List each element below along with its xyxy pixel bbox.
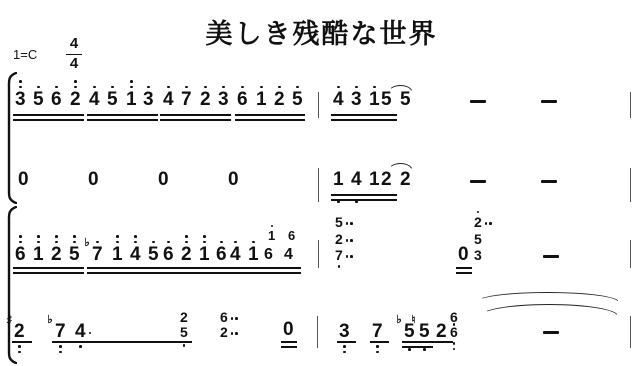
beam-line [160, 267, 229, 269]
barline [318, 92, 319, 118]
note-digit: 5 [107, 90, 118, 109]
octave-dot-below [453, 348, 456, 351]
octave-dot-above [55, 86, 58, 89]
duration-dot [346, 222, 349, 225]
octave-dot-above [260, 86, 263, 89]
note-digit: 3 [351, 90, 362, 109]
tie-arc [388, 85, 413, 93]
note-digit: 4 [333, 90, 344, 109]
duration-dot [346, 239, 349, 242]
note-digit: 2 [51, 245, 62, 264]
duration-dash [543, 331, 559, 334]
note-digit: 2 [474, 215, 482, 229]
octave-dot-below [18, 345, 21, 348]
octave-dot-above [111, 86, 114, 89]
octave-dot-above [167, 86, 170, 89]
octave-dot-above [74, 80, 77, 83]
octave-dot-above [37, 86, 40, 89]
octave-dot-above [271, 225, 274, 228]
note-digit: 6 [450, 325, 458, 339]
note-digit: 0 [18, 170, 29, 189]
octave-dot-below [18, 351, 21, 354]
octave-dot-above [185, 86, 188, 89]
barline [630, 316, 631, 348]
duration-dot [350, 239, 353, 242]
octave-dot-above [477, 211, 480, 214]
octave-dot-above [130, 86, 133, 89]
note-digit: 3 [218, 90, 229, 109]
octave-dot-above [167, 241, 170, 244]
note-digit: 2 [335, 232, 343, 246]
beam-line [281, 341, 297, 343]
octave-dot-above [234, 241, 237, 244]
duration-dot [489, 222, 492, 225]
note-digit: 1 [33, 245, 44, 264]
note-digit: 3 [143, 90, 154, 109]
note-digit: 5 [335, 215, 343, 229]
note-digit: 7 [55, 322, 66, 341]
octave-dot-above [55, 241, 58, 244]
beam-line [87, 267, 160, 269]
note-digit: 2 [181, 245, 192, 264]
accidental: ♮ [412, 315, 416, 326]
note-digit: 2 [200, 90, 211, 109]
note-digit: 7 [92, 245, 103, 264]
note-digit: 1 [199, 245, 210, 264]
note-digit: 5 [180, 325, 188, 339]
note-digit: 2 [220, 325, 228, 339]
octave-dot-above [19, 241, 22, 244]
note-digit: 1 [248, 245, 259, 264]
note-digit: 7 [372, 322, 383, 341]
note-digit: 5 [69, 245, 80, 264]
octave-dot-above [185, 241, 188, 244]
octave-dot-above [373, 86, 376, 89]
note-digit: 6 [288, 229, 295, 242]
octave-dot-above [220, 241, 223, 244]
octave-dot-above [134, 241, 137, 244]
page-title: 美しき残酷な世界 [0, 12, 643, 51]
octave-dot-above [203, 241, 206, 244]
octave-dot-above [19, 86, 22, 89]
duration-dash [470, 180, 486, 183]
note-digit: 5 [419, 322, 430, 341]
tie-arc [480, 304, 618, 316]
duration-dot [350, 255, 353, 258]
octave-dot-above [73, 241, 76, 244]
octave-dot-above [55, 235, 58, 238]
beam-line [52, 341, 192, 343]
octave-dot-below [453, 342, 456, 345]
octave-dot-above [19, 80, 22, 83]
note-digit: 5 [148, 245, 159, 264]
duration-dot [231, 332, 234, 335]
note-digit: 6 [51, 90, 62, 109]
note-digit: 6 [220, 310, 228, 324]
octave-dot-above [204, 86, 207, 89]
octave-dot-above [355, 86, 358, 89]
time-signature: 4 4 [64, 36, 84, 72]
beam-line [87, 119, 158, 121]
octave-dot-above [185, 235, 188, 238]
octave-dot-above [296, 86, 299, 89]
note-digit: 5 [33, 90, 44, 109]
octave-dot-above [37, 241, 40, 244]
octave-dot-above [337, 86, 340, 89]
beam-line [456, 267, 472, 269]
note-digit: 1 [268, 229, 275, 242]
note-digit: 4 [89, 90, 100, 109]
barline [318, 240, 319, 268]
beam-line [13, 119, 84, 121]
note-digit: 4 [130, 245, 141, 264]
note-digit: 5 [292, 90, 303, 109]
note-digit: 3 [474, 248, 482, 262]
duration-dash [470, 100, 486, 103]
note-digit: 7 [181, 90, 192, 109]
octave-dot-above [203, 235, 206, 238]
note-digit: 6 [264, 247, 273, 263]
octave-dot-above [37, 235, 40, 238]
octave-dot-above [222, 86, 225, 89]
beam-line [281, 346, 297, 348]
tie-arc [388, 163, 413, 171]
system-bracket [3, 72, 17, 209]
beam-line [235, 114, 305, 116]
duration-dot [350, 222, 353, 225]
duration-dot [89, 332, 92, 335]
octave-dot-below [343, 351, 346, 354]
duration-dot [235, 317, 238, 320]
beam-line [227, 272, 301, 274]
barline [317, 316, 318, 348]
octave-dot-below [343, 345, 346, 348]
note-digit: 3 [339, 322, 350, 341]
beam-line [160, 119, 231, 121]
barline [630, 92, 631, 118]
tie-arc [476, 292, 619, 302]
barline [630, 168, 631, 202]
octave-dot-below [59, 351, 62, 354]
accidental: ♭ [397, 315, 402, 326]
octave-dot-below [408, 348, 411, 351]
octave-dot-above [152, 241, 155, 244]
note-digit: 6 [216, 245, 227, 264]
time-signature-denominator: 4 [64, 56, 84, 73]
duration-dash [541, 180, 557, 183]
octave-dot-above [74, 86, 77, 89]
note-digit: 4 [230, 245, 241, 264]
beam-line [160, 272, 229, 274]
note-digit: 5 [474, 232, 482, 246]
octave-dot-below [183, 344, 186, 347]
octave-dot-below [423, 348, 426, 351]
note-digit: 6 [237, 90, 248, 109]
octave-dot-above [116, 241, 119, 244]
note-digit: 2 [180, 310, 188, 324]
octave-dot-above [96, 241, 99, 244]
note-digit: 1 [333, 170, 344, 189]
note-digit: 2 [381, 170, 392, 189]
note-digit: 4 [351, 170, 362, 189]
beam-line [13, 114, 84, 116]
note-digit: 2 [436, 322, 447, 341]
octave-dot-above [73, 235, 76, 238]
key-signature: 1=C [13, 47, 37, 62]
beam-line [87, 114, 158, 116]
beam-line [402, 346, 433, 348]
barline [630, 240, 631, 268]
note-digit: 1 [369, 170, 380, 189]
duration-dot [485, 222, 488, 225]
beam-line [87, 272, 160, 274]
note-digit: 1 [256, 90, 267, 109]
note-digit: 4 [75, 322, 86, 341]
accidental: ♭ [85, 238, 90, 249]
beam-line [331, 119, 397, 121]
octave-dot-above [134, 235, 137, 238]
beam-line [13, 267, 84, 269]
note-digit: 1 [112, 245, 123, 264]
beam-line [337, 341, 356, 343]
octave-dot-above [241, 86, 244, 89]
octave-dot-above [147, 86, 150, 89]
note-digit: 7 [335, 248, 343, 262]
duration-dot [231, 317, 234, 320]
note-digit: 2 [70, 90, 81, 109]
note-digit: 4 [284, 247, 293, 263]
barline [318, 168, 319, 202]
octave-dot-above [130, 80, 133, 83]
note-digit: 0 [283, 320, 294, 339]
note-digit: 2 [274, 90, 285, 109]
note-digit: 6 [450, 310, 458, 324]
note-digit: 6 [163, 245, 174, 264]
system-bracket [3, 206, 17, 366]
octave-dot-above [116, 235, 119, 238]
note-digit: 2 [400, 170, 411, 189]
octave-dot-below [338, 265, 341, 268]
note-digit: 0 [228, 170, 239, 189]
duration-dash [541, 100, 557, 103]
octave-dot-below [59, 345, 62, 348]
beam-line [331, 114, 397, 116]
beam-line [456, 272, 472, 274]
octave-dot-below [79, 345, 82, 348]
note-digit: 0 [158, 170, 169, 189]
note-digit: 0 [458, 245, 469, 264]
beam-line [331, 199, 397, 201]
beam-line [227, 267, 301, 269]
note-digit: 1 [369, 90, 380, 109]
sheet-music-page: 美しき残酷な世界 1=C 4 4 35624513472361254315500… [0, 0, 643, 366]
octave-dot-below [376, 351, 379, 354]
beam-line [331, 194, 397, 196]
note-digit: 4 [163, 90, 174, 109]
duration-dot [346, 255, 349, 258]
beam-line [13, 272, 84, 274]
octave-dot-above [19, 235, 22, 238]
note-digit: 1 [126, 90, 137, 109]
accidental: ♭ [48, 315, 53, 326]
octave-dot-below [376, 345, 379, 348]
octave-dot-above [252, 241, 255, 244]
duration-dash [543, 255, 559, 258]
octave-dot-above [93, 86, 96, 89]
beam-line [402, 341, 453, 343]
octave-dot-above [278, 86, 281, 89]
beam-line [370, 341, 389, 343]
note-digit: 0 [88, 170, 99, 189]
beam-line [160, 114, 231, 116]
duration-dot [235, 332, 238, 335]
time-signature-numerator: 4 [64, 36, 84, 53]
beam-line [235, 119, 305, 121]
